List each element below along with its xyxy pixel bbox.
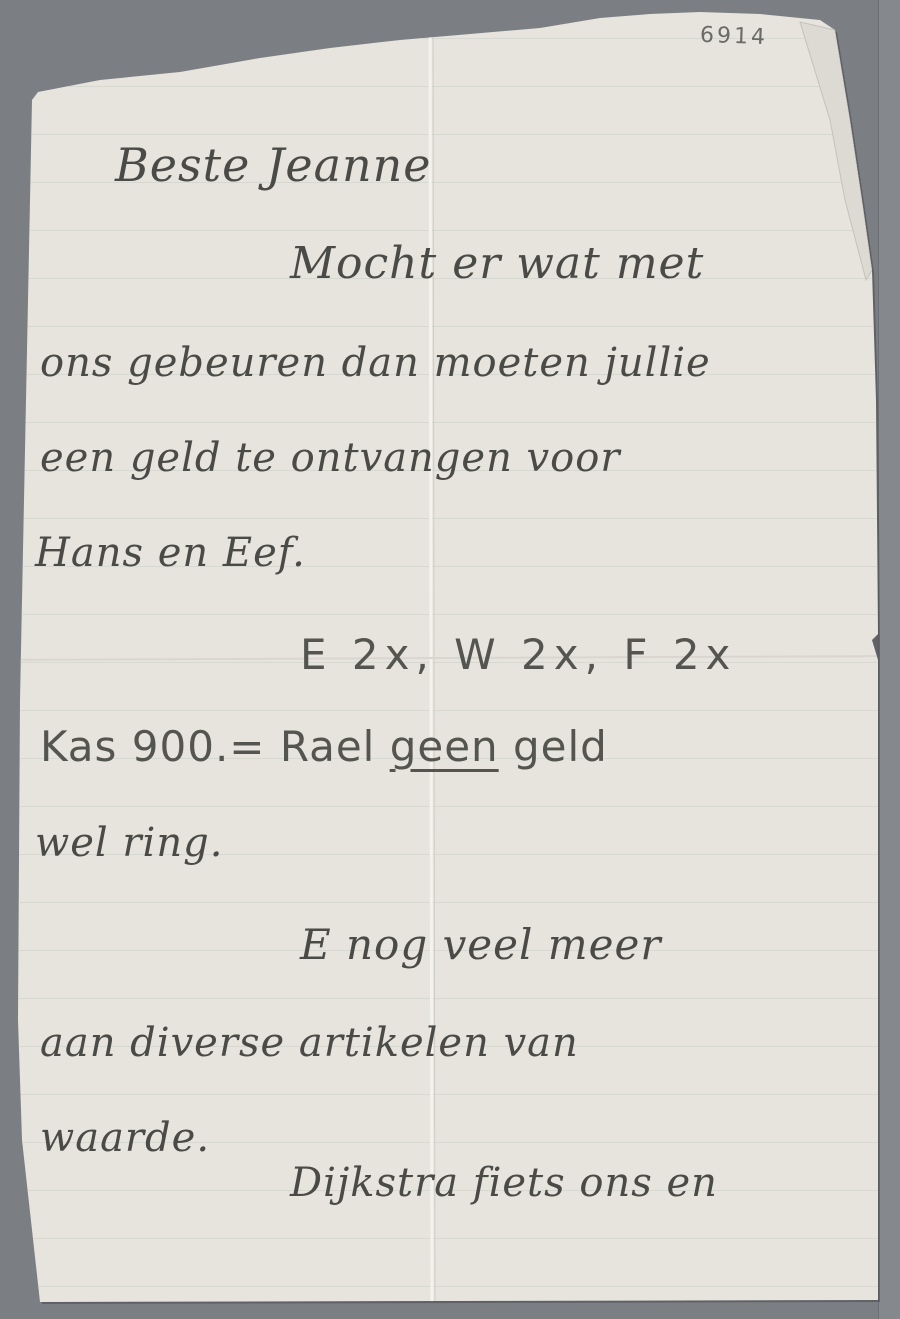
letter-line-11: Dijkstra fiets ons en: [290, 1160, 718, 1206]
letter-line-5: E 2x, W 2x, F 2x: [300, 630, 736, 679]
letter-line-7: wel ring.: [35, 820, 223, 866]
letter-line-10: waarde.: [40, 1115, 210, 1161]
letter-line-9: aan diverse artikelen van: [40, 1020, 579, 1066]
letter-line-2: ons gebeuren dan moeten jullie: [40, 340, 711, 386]
letter-line-3: een geld te ontvangen voor: [40, 435, 620, 481]
scanned-document: 6914 Beste Jeanne Mocht er wat met ons g…: [0, 0, 900, 1319]
letter-line-4: Hans en Eef.: [35, 530, 306, 576]
letter-line-8: E nog veel meer: [300, 920, 661, 969]
underlined-word: geen: [390, 722, 499, 771]
letter-sheet: 6914 Beste Jeanne Mocht er wat met ons g…: [0, 0, 900, 1319]
letter-line-6: Kas 900.= Rael geen geld: [40, 722, 608, 771]
archive-number: 6914: [700, 23, 769, 50]
salutation: Beste Jeanne: [115, 138, 432, 192]
letter-line-1: Mocht er wat met: [290, 238, 704, 289]
letter-line-6-part-1: Kas 900.= Rael: [40, 722, 390, 771]
letter-line-6-part-2: geld: [499, 722, 608, 771]
